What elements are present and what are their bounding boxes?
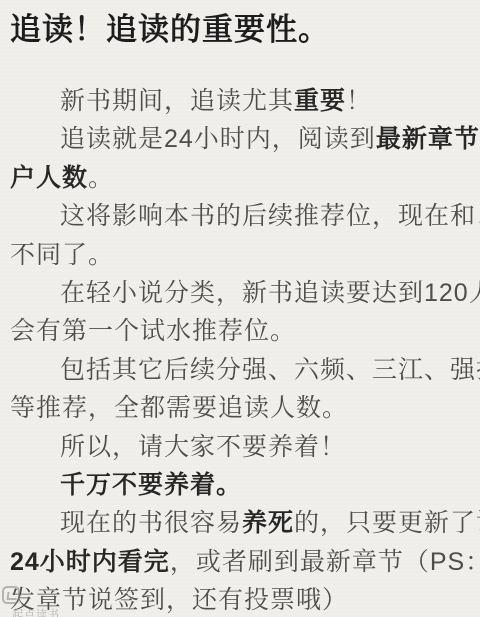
text-line: 不同了。 bbox=[10, 236, 470, 274]
page-title: 追读！追读的重要性。 bbox=[10, 11, 470, 49]
text-line: 包括其它后续分强、六频、三江、强推等 bbox=[10, 351, 470, 389]
text-line: 在轻小说分类，新书追读要达到120人，才 bbox=[10, 274, 470, 312]
text-segment: 的，只要更新了请在 bbox=[294, 509, 480, 537]
text-segment: 所以，请大家不要养着！ bbox=[60, 433, 346, 461]
document-page: 追读！追读的重要性。 新书期间，追读尤其重要！追读就是24小时内，阅读到最新章节… bbox=[0, 0, 480, 617]
text-segment: 发章节说签到，还有投票哦） bbox=[10, 586, 348, 614]
emphasized-text-segment: 户人数 bbox=[10, 164, 88, 192]
text-segment: 在轻小说分类，新书追读要达到120人，才 bbox=[60, 279, 480, 307]
text-segment: ！ bbox=[346, 87, 372, 115]
text-line: 新书期间，追读尤其重要！ bbox=[10, 82, 470, 120]
text-segment: 包括其它后续分强、六频、三江、强推等 bbox=[60, 356, 480, 384]
text-segment: ，或者刷到最新章节（PS：记得 bbox=[170, 548, 480, 576]
text-line: 追读就是24小时内，阅读到最新章节的用 bbox=[10, 120, 470, 158]
document-body: 新书期间，追读尤其重要！追读就是24小时内，阅读到最新章节的用户人数。这将影响本… bbox=[0, 82, 480, 617]
text-line: 发章节说签到，还有投票哦） bbox=[10, 581, 470, 617]
emphasized-text-segment: 24小时内看完 bbox=[10, 548, 170, 576]
emphasized-text-segment: 重要 bbox=[294, 87, 346, 115]
emphasized-text-segment: 最新章节 bbox=[376, 125, 480, 153]
text-segment: 新书期间，追读尤其 bbox=[60, 87, 294, 115]
text-line: 等推荐，全都需要追读人数。 bbox=[10, 389, 470, 427]
text-line: 千万不要养着。 bbox=[10, 466, 470, 504]
emphasized-text-segment: 养死 bbox=[242, 509, 294, 537]
text-segment: 追读就是24小时内，阅读到 bbox=[60, 125, 376, 153]
text-segment: 现在的书很容易 bbox=[60, 509, 242, 537]
text-line: 会有第一个试水推荐位。 bbox=[10, 312, 470, 350]
emphasized-text-segment: 千万不要养着。 bbox=[60, 471, 242, 499]
text-segment: 这将影响本书的后续推荐位，现在和以前 bbox=[60, 202, 480, 230]
text-line: 户人数。 bbox=[10, 159, 470, 197]
text-line: 24小时内看完，或者刷到最新章节（PS：记得 bbox=[10, 543, 470, 581]
text-segment: 不同了。 bbox=[10, 241, 114, 269]
text-segment: 会有第一个试水推荐位。 bbox=[10, 317, 296, 345]
text-line: 所以，请大家不要养着！ bbox=[10, 428, 470, 466]
text-segment: 等推荐，全都需要追读人数。 bbox=[10, 394, 348, 422]
text-line: 现在的书很容易养死的，只要更新了请在 bbox=[10, 504, 470, 542]
text-segment: 。 bbox=[88, 164, 114, 192]
text-line: 这将影响本书的后续推荐位，现在和以前 bbox=[10, 197, 470, 235]
